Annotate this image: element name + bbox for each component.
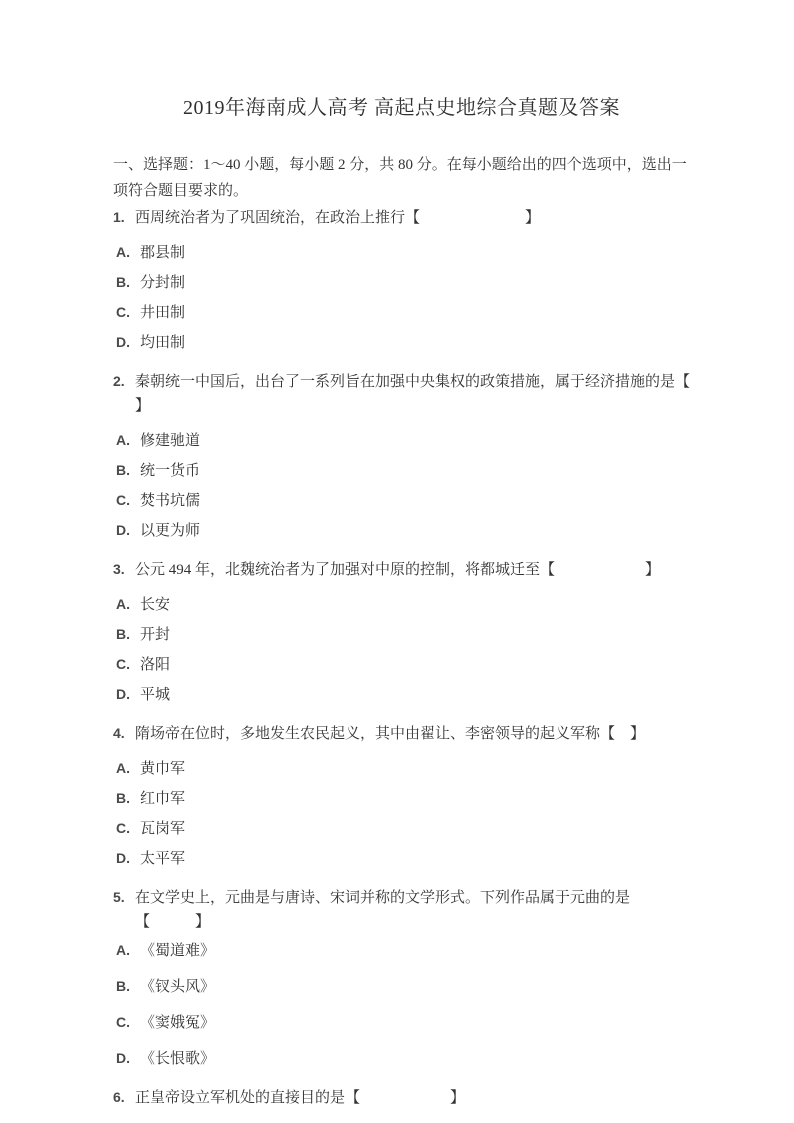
section-instructions: 一、选择题：1～40 小题，每小题 2 分，共 80 分。在每小题给出的四个选项… <box>113 152 690 204</box>
question-text: 正皇帝设立军机处的直接目的是【 】 <box>135 1086 690 1110</box>
option-label: D. <box>116 849 140 867</box>
question-6: 6. 正皇帝设立军机处的直接目的是【 】 <box>113 1086 690 1110</box>
option-text: 太平军 <box>140 850 185 868</box>
option-b: B. 《钗头风》 <box>113 978 690 996</box>
option-b: B. 开封 <box>113 626 690 644</box>
option-a: A. 修建驰道 <box>113 432 690 450</box>
option-label: B. <box>116 461 140 479</box>
option-text: 井田制 <box>140 304 185 322</box>
option-label: A. <box>116 243 140 261</box>
question-text: 秦朝统一中国后，出台了一系列旨在加强中央集权的政策措施，属于经济措施的是【 】 <box>135 370 690 418</box>
option-label: A. <box>116 941 140 959</box>
option-label: C. <box>116 303 140 321</box>
option-text: 《窦娥冤》 <box>140 1014 215 1032</box>
question-text: 在文学史上，元曲是与唐诗、宋词并称的文学形式。下列作品属于元曲的是【 】 <box>135 886 690 934</box>
option-text: 焚书坑儒 <box>140 492 200 510</box>
option-text: 《长恨歌》 <box>140 1050 215 1068</box>
document-title: 2019年海南成人高考 高起点史地综合真题及答案 <box>113 95 690 121</box>
option-a: A. 长安 <box>113 596 690 614</box>
option-label: A. <box>116 431 140 449</box>
question-number: 5. <box>113 885 135 909</box>
document-page: 2019年海南成人高考 高起点史地综合真题及答案 一、选择题：1～40 小题，每… <box>0 0 794 1123</box>
option-text: 《钗头风》 <box>140 978 215 996</box>
option-label: D. <box>116 333 140 351</box>
question-text: 西周统治者为了巩固统治，在政治上推行【 】 <box>135 206 690 230</box>
option-label: D. <box>116 1049 140 1067</box>
option-text: 黄巾军 <box>140 760 185 778</box>
question-row: 1. 西周统治者为了巩固统治，在政治上推行【 】 <box>113 206 690 230</box>
option-d: D. 均田制 <box>113 334 690 352</box>
question-5: 5. 在文学史上，元曲是与唐诗、宋词并称的文学形式。下列作品属于元曲的是【 】 … <box>113 886 690 1068</box>
option-a: A. 郡县制 <box>113 244 690 262</box>
option-label: C. <box>116 655 140 673</box>
option-label: D. <box>116 521 140 539</box>
option-label: D. <box>116 685 140 703</box>
option-c: C. 井田制 <box>113 304 690 322</box>
option-text: 修建驰道 <box>140 432 200 450</box>
question-number: 4. <box>113 721 135 745</box>
option-c: C. 焚书坑儒 <box>113 492 690 510</box>
option-b: B. 统一货币 <box>113 462 690 480</box>
question-number: 6. <box>113 1085 135 1109</box>
question-number: 2. <box>113 369 135 393</box>
option-c: C. 洛阳 <box>113 656 690 674</box>
option-text: 红巾军 <box>140 790 185 808</box>
option-label: B. <box>116 789 140 807</box>
option-label: B. <box>116 625 140 643</box>
option-label: C. <box>116 491 140 509</box>
option-b: B. 分封制 <box>113 274 690 292</box>
question-row: 5. 在文学史上，元曲是与唐诗、宋词并称的文学形式。下列作品属于元曲的是【 】 <box>113 886 690 934</box>
option-d: D. 平城 <box>113 686 690 704</box>
option-d: D. 以更为师 <box>113 522 690 540</box>
question-text: 隋场帝在位时，多地发生农民起义，其中由翟让、李密领导的起义军称【 】 <box>135 722 690 746</box>
option-a: A. 黄巾军 <box>113 760 690 778</box>
question-2: 2. 秦朝统一中国后，出台了一系列旨在加强中央集权的政策措施，属于经济措施的是【… <box>113 370 690 540</box>
option-label: A. <box>116 759 140 777</box>
question-number: 3. <box>113 557 135 581</box>
option-text: 开封 <box>140 626 170 644</box>
option-label: B. <box>116 977 140 995</box>
question-1: 1. 西周统治者为了巩固统治，在政治上推行【 】 A. 郡县制 B. 分封制 C… <box>113 206 690 352</box>
option-text: 均田制 <box>140 334 185 352</box>
option-c: C. 瓦岗军 <box>113 820 690 838</box>
option-text: 以更为师 <box>140 522 200 540</box>
option-text: 统一货币 <box>140 462 200 480</box>
option-label: C. <box>116 1013 140 1031</box>
question-row: 2. 秦朝统一中国后，出台了一系列旨在加强中央集权的政策措施，属于经济措施的是【… <box>113 370 690 418</box>
option-text: 瓦岗军 <box>140 820 185 838</box>
question-number: 1. <box>113 205 135 229</box>
question-row: 4. 隋场帝在位时，多地发生农民起义，其中由翟让、李密领导的起义军称【 】 <box>113 722 690 746</box>
question-row: 6. 正皇帝设立军机处的直接目的是【 】 <box>113 1086 690 1110</box>
option-text: 分封制 <box>140 274 185 292</box>
question-3: 3. 公元 494 年，北魏统治者为了加强对中原的控制，将都城迁至【 】 A. … <box>113 558 690 704</box>
question-text: 公元 494 年，北魏统治者为了加强对中原的控制，将都城迁至【 】 <box>135 558 690 582</box>
question-4: 4. 隋场帝在位时，多地发生农民起义，其中由翟让、李密领导的起义军称【 】 A.… <box>113 722 690 868</box>
question-row: 3. 公元 494 年，北魏统治者为了加强对中原的控制，将都城迁至【 】 <box>113 558 690 582</box>
option-label: A. <box>116 595 140 613</box>
option-text: 平城 <box>140 686 170 704</box>
option-text: 长安 <box>140 596 170 614</box>
option-b: B. 红巾军 <box>113 790 690 808</box>
option-text: 洛阳 <box>140 656 170 674</box>
option-label: B. <box>116 273 140 291</box>
option-text: 《蜀道难》 <box>140 942 215 960</box>
option-c: C. 《窦娥冤》 <box>113 1014 690 1032</box>
option-d: D. 《长恨歌》 <box>113 1050 690 1068</box>
option-label: C. <box>116 819 140 837</box>
option-d: D. 太平军 <box>113 850 690 868</box>
option-text: 郡县制 <box>140 244 185 262</box>
option-a: A. 《蜀道难》 <box>113 942 690 960</box>
